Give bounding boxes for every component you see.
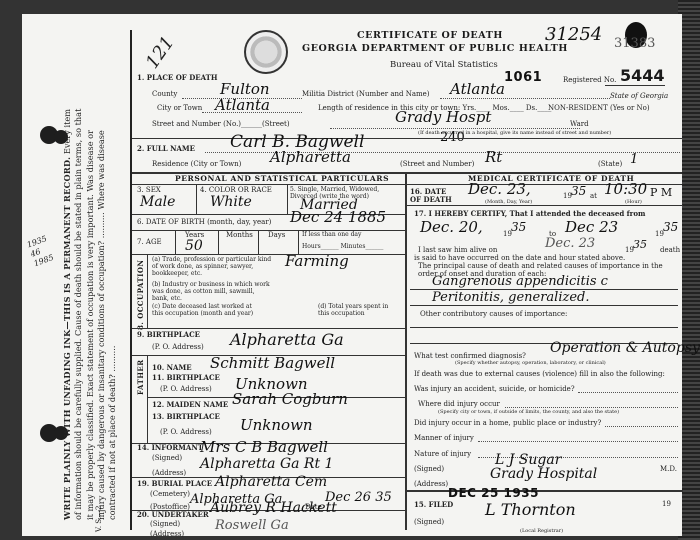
column-divider (405, 172, 407, 530)
less-than-day-label: If less than one day (302, 231, 361, 238)
divider (132, 184, 682, 185)
date-of-death-value: Dec. 23, (468, 180, 531, 198)
mother-po-label: (P. O. Address) (160, 428, 212, 436)
divider (605, 426, 678, 427)
said-label: is said to have occurred on the date and… (414, 254, 625, 262)
divider (410, 289, 678, 290)
state-label: State of Georgia (610, 92, 668, 100)
instruction-line: of information should be carefully suppl… (73, 0, 84, 520)
dob-value: Dec 24 1885 (290, 208, 386, 226)
attended-to-value: Dec 23 (565, 218, 618, 236)
informant-address-label: (Address) (152, 469, 186, 477)
filed-label: 15. FILED (414, 500, 453, 509)
filed-date-stamp: DEC 25 1935 (448, 486, 539, 500)
place-of-death-label: 1. PLACE OF DEATH (137, 73, 218, 82)
md-label: M.D. (660, 465, 677, 473)
other-causes-label: Other contributory causes of importance: (420, 310, 567, 318)
state-field-value: 1 (630, 152, 638, 167)
state-seal (244, 30, 288, 74)
father-name-value: Schmitt Bagwell (210, 354, 335, 372)
street-label: Street and Number (No.)______(Street) (152, 120, 290, 128)
father-po-label: (P. O. Address) (160, 385, 212, 393)
registrar-sub-label: (Local Registrar) (520, 528, 563, 534)
divider (440, 98, 610, 99)
death-label: death (660, 246, 680, 254)
divider (410, 327, 678, 328)
burial-label: 19. BURIAL PLACE (137, 479, 212, 488)
last-saw-value: Dec. 23 (545, 236, 595, 251)
divider (147, 254, 148, 328)
at-label: at (590, 192, 597, 200)
undertaker-address-label: (Address) (150, 530, 184, 538)
non-resident-label: NON-RESIDENT (Yes or No) (548, 104, 650, 112)
department-name: GEORGIA DEPARTMENT OF PUBLIC HEALTH (302, 43, 568, 54)
sex-value: Male (140, 194, 175, 210)
physician-signed-label: (Signed) (414, 465, 444, 473)
certificate-title: CERTIFICATE OF DEATH (357, 30, 503, 41)
divider (605, 85, 665, 86)
undertaker-signed-label: (Signed) (150, 520, 180, 528)
occupation-d-label: (d) Total years spent in this occupation (318, 303, 398, 317)
attended-from-year-value: 35 (511, 220, 526, 234)
informant-label: 14. INFORMANT (137, 443, 203, 452)
divider (132, 328, 405, 329)
manner-label: Manner of injury (414, 434, 474, 442)
divider (410, 305, 678, 306)
father-vertical-label: FATHER (136, 359, 145, 395)
where-label: Where did injury occur (418, 400, 500, 408)
divider (405, 490, 683, 492)
age-years-value: 50 (185, 238, 203, 254)
registrar-signed-label: (Signed) (414, 518, 444, 526)
attended-from-value: Dec. 20, (420, 218, 483, 236)
informant-value: Mrs C B Bagwell (200, 438, 328, 456)
registrar-signature: L Thornton (485, 500, 576, 519)
ward-label: Ward (570, 120, 589, 128)
state-field-label: (State) (598, 160, 622, 168)
divider (196, 184, 197, 214)
militia-value: Atlanta (450, 80, 505, 98)
full-name-label: 2. FULL NAME (137, 144, 195, 153)
cause-1-value: Gangrenous appendicitis c (432, 274, 608, 289)
instruction-line: it may be properly classified. Exact sta… (85, 0, 96, 520)
divider (478, 441, 678, 442)
form-code: V. S.—2 (95, 505, 103, 532)
hours-minutes-label: Hours______ Minutes______ (302, 243, 383, 250)
mother-birthplace-label: 13. BIRTHPLACE (152, 412, 220, 421)
cemetery-value: Alpharetta Cem (215, 474, 327, 490)
time-value: 10:30 (604, 180, 647, 198)
divider (287, 184, 288, 214)
divider (218, 230, 219, 254)
father-name-label: 10. NAME (152, 363, 192, 372)
registered-number: 5444 (620, 66, 665, 85)
mother-name-label: 12. MAIDEN NAME (152, 400, 228, 409)
test-value: Operation & Autopsy (550, 340, 700, 356)
informant-signed-label: (Signed) (152, 454, 182, 462)
test-label: What test confirmed diagnosis? (414, 352, 526, 360)
date-of-death-label: 16. DATE OF DEATH (410, 188, 456, 204)
mother-name-value: Sarah Cogburn (232, 390, 348, 408)
color-label: 4. COLOR OR RACE (200, 186, 272, 194)
ampm-value: P M (650, 186, 672, 199)
instruction-text: Every item (62, 109, 72, 154)
instruction-heading: WRITE PLAINLY WITH UNFADING INK—THIS IS … (62, 157, 72, 520)
father-birthplace-label: 11. BIRTHPLACE (152, 373, 220, 382)
months-label: Months (226, 231, 253, 239)
printed-number: 31383 (614, 36, 655, 51)
dob-label: 6. DATE OF BIRTH (month, day, year) (137, 218, 271, 226)
divider (405, 205, 683, 206)
occupation-vertical-label: 8. OCCUPATION (136, 260, 145, 330)
instruction-line: injury caused by dangerous or insanitary… (96, 0, 107, 520)
residence-street-value: Rt (485, 148, 502, 166)
divider (298, 230, 299, 254)
birthplace-label: 9. BIRTHPLACE (137, 330, 200, 339)
divider (505, 407, 678, 408)
informant-address-value: Alpharetta Ga Rt 1 (200, 456, 333, 472)
attended-to-year-value: 35 (663, 220, 678, 234)
birthplace-po-label: (P. O. Address) (152, 343, 204, 351)
handwritten-number: 31254 (545, 24, 602, 45)
last-saw-year-value: 35 (633, 238, 647, 251)
undertaker-address-value: Roswell Ga (215, 518, 289, 533)
county-label: County (152, 90, 177, 98)
test-sub-label: (Specify whether autopsy, operation, lab… (455, 360, 606, 366)
physician-address-label: (Address) (414, 480, 448, 488)
external-label: If death was due to external causes (vio… (414, 370, 665, 378)
occupation-a-value: Farming (285, 252, 349, 270)
accident-label: Was injury an accident, suicide, or homi… (414, 385, 575, 393)
nature-label: Nature of injury (414, 450, 471, 458)
certify-label: 17. I HEREBY CERTIFY, That I attended th… (414, 209, 645, 218)
cemetery-label: (Cemetery) (150, 490, 190, 498)
mother-birthplace-value: Unknown (240, 416, 313, 434)
bureau-name: Bureau of Vital Statistics (390, 60, 498, 70)
file-number-stamp: 1061 (504, 70, 542, 85)
personal-section-title: PERSONAL AND STATISTICAL PARTICULARS (175, 174, 389, 183)
filed-year-prefix: 19 (662, 500, 671, 508)
date-year-value: 35 (571, 184, 586, 198)
age-label: 7. AGE (137, 238, 162, 246)
occupation-b-label: (b) Industry or business in which work w… (152, 281, 272, 302)
divider (132, 254, 405, 255)
cause-2-value: Peritonitis, generalized. (432, 290, 590, 305)
residence-street-label: (Street and Number) (400, 160, 474, 168)
sex-label: 3. SEX (137, 186, 161, 194)
undertaker-value: Aubrey R Hackett (210, 500, 337, 516)
divider (175, 230, 176, 254)
physician-address-value: Grady Hospital (490, 466, 597, 482)
where-sub-label: (Specify city or town, if outside of lim… (438, 409, 619, 415)
last-saw-label: I last saw him alive on (418, 246, 497, 254)
registered-no-label: Registered No. (563, 76, 616, 84)
divider (578, 392, 678, 393)
residence-value: Alpharetta (270, 148, 351, 166)
occupation-a-label: (a) Trade, profession or particular kind… (152, 256, 272, 277)
divider (258, 230, 259, 254)
birthplace-value: Alpharetta Ga (230, 330, 344, 349)
instruction-line: contracted if not at place of death? ...… (107, 0, 118, 520)
militia-label: Militia District (Number and Name) (302, 90, 430, 98)
city-value: Atlanta (215, 96, 270, 114)
divider (132, 138, 682, 139)
sidebar-instructions: WRITE PLAINLY WITH UNFADING INK—THIS IS … (62, 0, 118, 520)
home-label: Did injury occur in a home, public place… (414, 419, 601, 427)
color-value: White (210, 194, 252, 210)
divider (147, 355, 148, 443)
days-label: Days (268, 231, 285, 239)
divider (330, 128, 580, 129)
undertaker-label: 20. UNDERTAKER (137, 510, 209, 519)
residence-label: Residence (City or Town) (152, 160, 241, 168)
city-label: City or Town (157, 104, 202, 112)
street-value: Grady Hospt (395, 108, 491, 126)
occupation-c-label: (c) Date deceased last worked at this oc… (152, 303, 262, 317)
